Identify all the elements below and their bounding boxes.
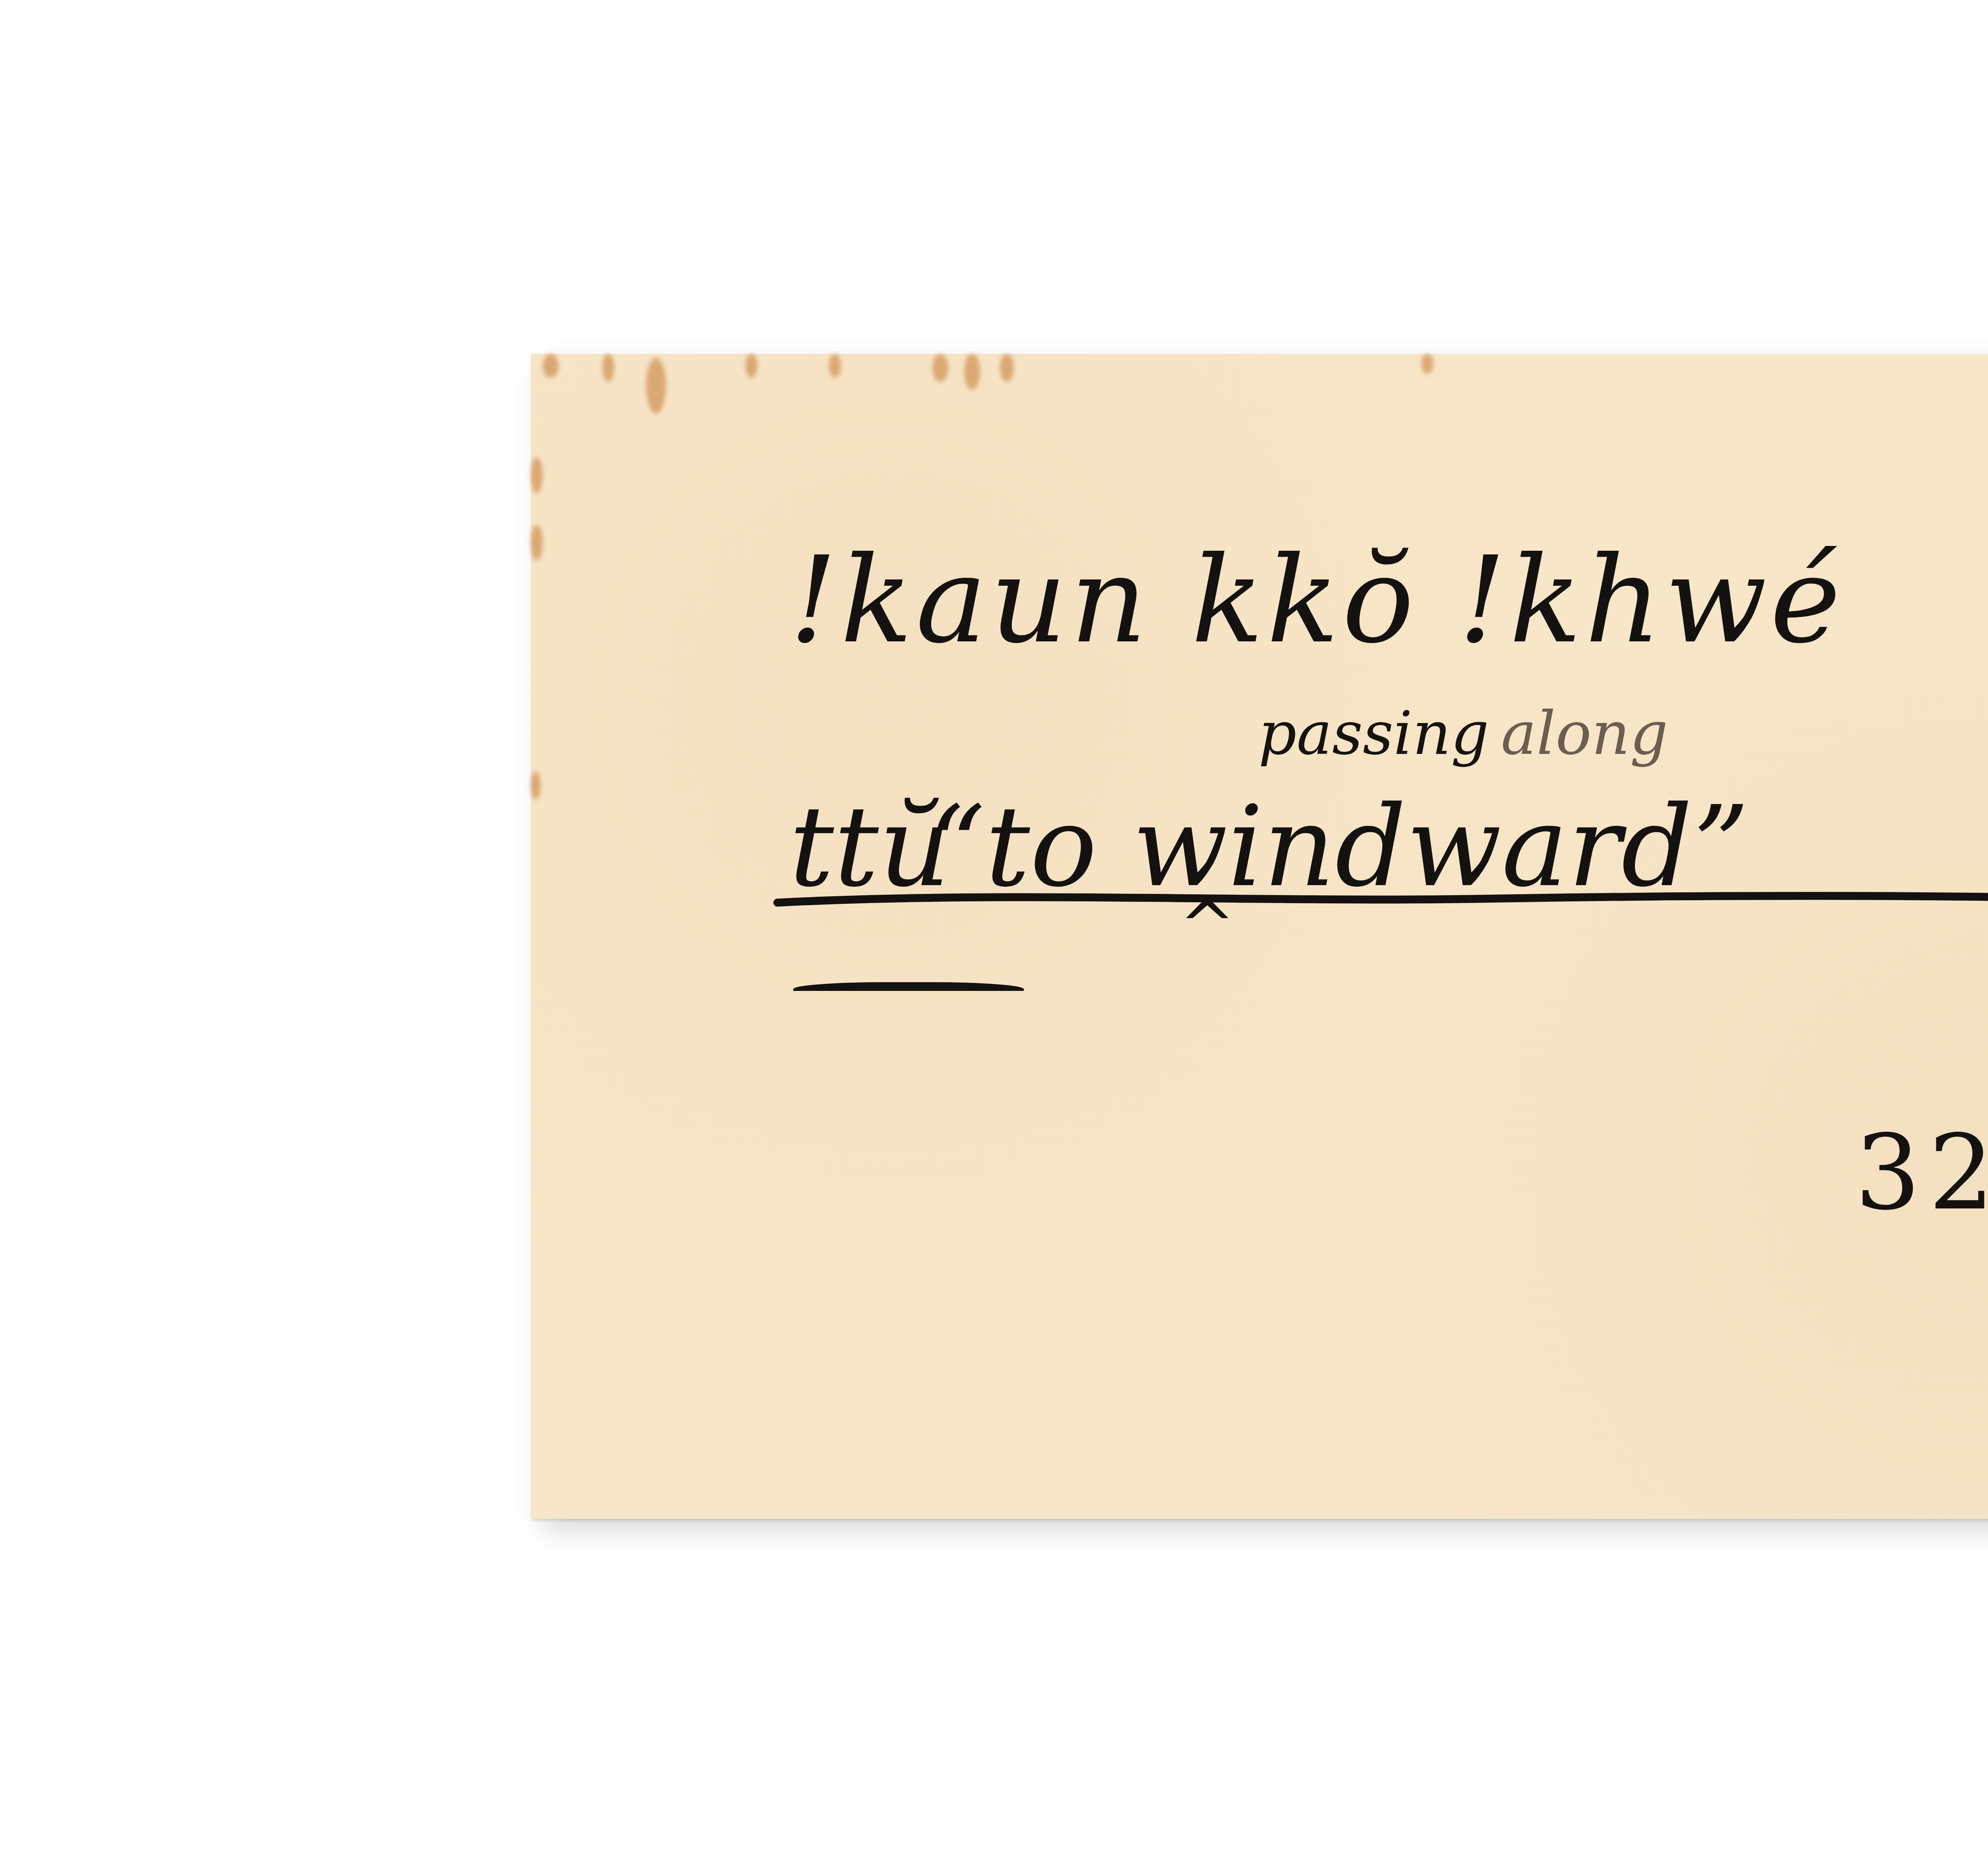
inserted-word-ink: passing: [1258, 699, 1489, 768]
stain-mark: [829, 354, 841, 378]
gloss-text: “to windward”: [928, 791, 1749, 903]
inserted-word-pencil: along: [1501, 699, 1668, 768]
reference-number: 3279, 14:: [1855, 1121, 1988, 1225]
stain-mark: [602, 354, 614, 382]
second-word-text: ttŭ: [789, 791, 950, 903]
stain-mark: [745, 354, 757, 378]
second-word-underline: [793, 982, 1024, 1000]
index-card: !kaun kkŏ !khwé passingalong ttŭ “to win…: [531, 354, 1988, 1519]
stain-mark: [1421, 354, 1433, 374]
stain-mark: [932, 354, 948, 382]
headword-text: !kaun kkŏ !khwé: [789, 541, 1844, 660]
stain-mark: [531, 525, 543, 561]
inserted-correction: passingalong: [1258, 704, 1668, 763]
stain-mark: [531, 457, 543, 493]
stain-mark: [543, 354, 559, 378]
stain-mark: [1000, 354, 1014, 382]
insertion-caret: ^: [1179, 887, 1235, 965]
stain-mark: [646, 358, 666, 414]
stain-mark: [964, 354, 980, 390]
stain-mark: [531, 771, 541, 799]
